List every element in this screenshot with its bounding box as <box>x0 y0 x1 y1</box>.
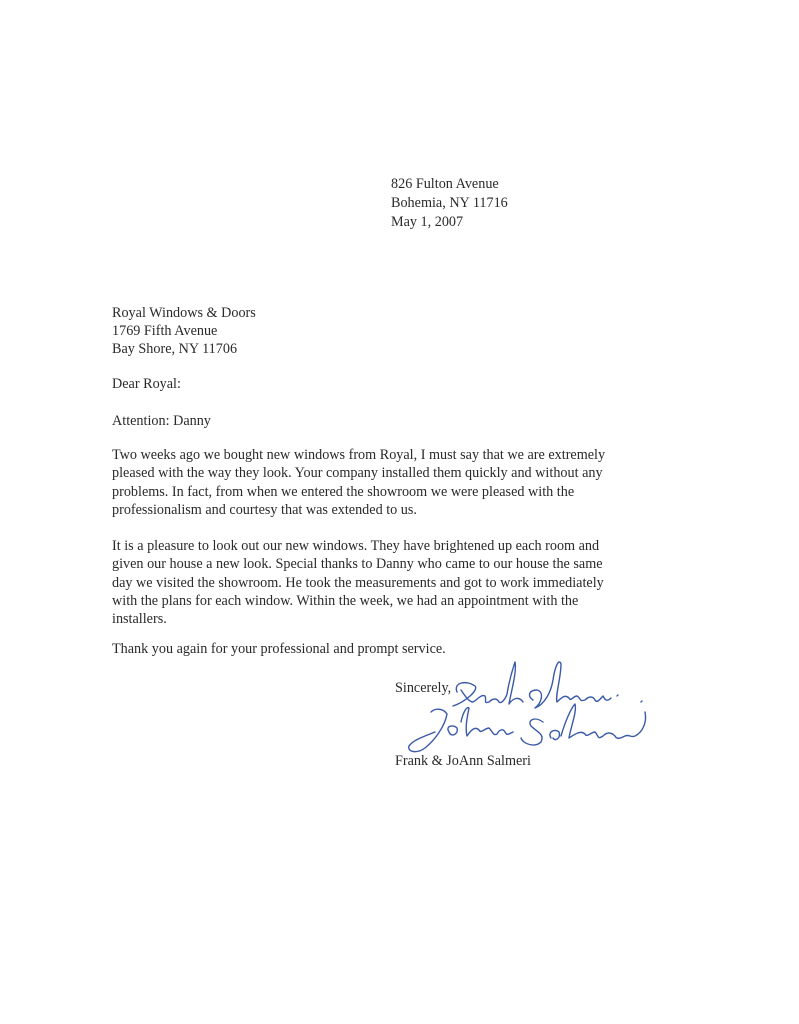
handwritten-signature <box>395 652 665 767</box>
signatory-names: Frank & JoAnn Salmeri <box>395 752 531 770</box>
body-paragraph: It is a pleasure to look out our new win… <box>112 537 702 628</box>
paragraph-line: with the plans for each window. Within t… <box>112 592 702 610</box>
paragraph-line: professionalism and courtesy that was ex… <box>112 501 702 519</box>
paragraph-line: Two weeks ago we bought new windows from… <box>112 446 702 464</box>
paragraph-line: installers. <box>112 610 702 628</box>
paragraph-line: problems. In fact, from when we entered … <box>112 483 702 501</box>
letter-date: May 1, 2007 <box>391 213 463 231</box>
recipient-name: Royal Windows & Doors <box>112 304 256 322</box>
recipient-city: Bay Shore, NY 11706 <box>112 340 237 358</box>
paragraph-line: It is a pleasure to look out our new win… <box>112 537 702 555</box>
paragraph-line: given our house a new look. Special than… <box>112 555 702 573</box>
attention-line: Attention: Danny <box>112 412 211 430</box>
sender-city: Bohemia, NY 11716 <box>391 194 508 212</box>
salutation: Dear Royal: <box>112 375 181 393</box>
sender-street: 826 Fulton Avenue <box>391 175 499 193</box>
recipient-street: 1769 Fifth Avenue <box>112 322 217 340</box>
body-paragraph: Two weeks ago we bought new windows from… <box>112 446 702 519</box>
paragraph-line: day we visited the showroom. He took the… <box>112 574 702 592</box>
paragraph-line: pleased with the way they look. Your com… <box>112 464 702 482</box>
